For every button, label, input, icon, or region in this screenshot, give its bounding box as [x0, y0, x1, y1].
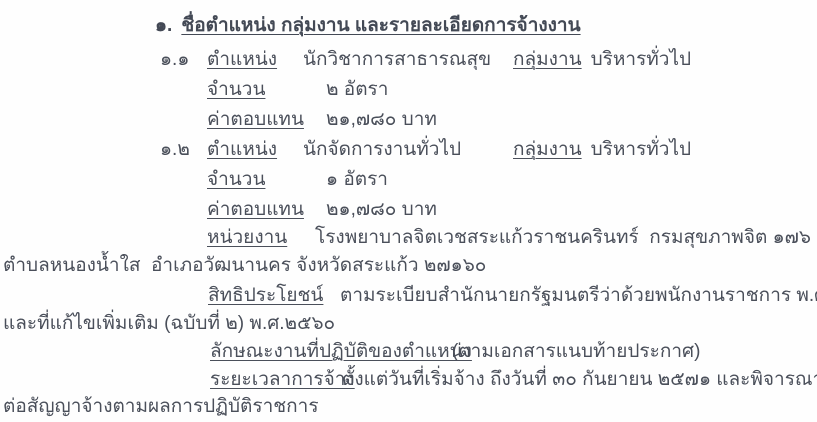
section-title: ชื่อตำแหน่ง กลุ่มงาน และรายละเอียดการจ้า…	[181, 15, 580, 36]
section-number: ๑.	[155, 15, 172, 36]
group-value: บริหารทั่วไป	[591, 139, 691, 160]
position-label: ตำแหน่ง	[207, 138, 277, 162]
duration-value: ตั้งแต่วันที่เริ่มจ้าง ถึงวันที่ ๓๐ กันย…	[342, 368, 817, 392]
duration-value-continued: ต่อสัญญาจ้างตามผลการปฏิบัติราชการ	[3, 395, 319, 419]
group-cell: กลุ่มงานบริหารทั่วไป	[513, 48, 691, 72]
count-value: ๒ อัตรา	[326, 78, 388, 102]
job-desc-value: (ตามเอกสารแนบท้ายประกาศ)	[452, 340, 700, 364]
unit-label: หน่วยงาน	[207, 226, 287, 250]
position-label: ตำแหน่ง	[207, 48, 277, 72]
section-heading: ๑.ชื่อตำแหน่ง กลุ่มงาน และรายละเอียดการจ…	[155, 14, 581, 38]
salary-label: ค่าตอบแทน	[207, 198, 304, 222]
job-desc-label: ลักษณะงานที่ปฏิบัติของตำแหน่ง	[210, 340, 472, 364]
unit-value-continued: ตำบลหนองน้ำใส อำเภอวัฒนานคร จังหวัดสระแก…	[3, 254, 486, 278]
position-index: ๑.๑	[160, 48, 189, 72]
document-page: ๑.ชื่อตำแหน่ง กลุ่มงาน และรายละเอียดการจ…	[0, 0, 817, 422]
benefits-value: ตามระเบียบสำนักนายกรัฐมนตรีว่าด้วยพนักงา…	[340, 284, 817, 308]
benefits-label: สิทธิประโยชน์	[208, 284, 323, 308]
duration-label: ระยะเวลาการจ้าง	[210, 368, 355, 392]
position-value: นักจัดการงานทั่วไป	[303, 138, 461, 162]
unit-value: โรงพยาบาลจิตเวชสระแก้วราชนครินทร์ กรมสุข…	[315, 226, 817, 250]
salary-value: ๒๑,๗๘๐ บาท	[326, 198, 437, 222]
count-value: ๑ อัตรา	[326, 168, 388, 192]
salary-label: ค่าตอบแทน	[207, 108, 304, 132]
benefits-value-continued: และที่แก้ไขเพิ่มเติม (ฉบับที่ ๒) พ.ศ.๒๕๖…	[3, 312, 335, 336]
position-index: ๑.๒	[160, 138, 190, 162]
count-label: จำนวน	[207, 168, 265, 192]
group-cell: กลุ่มงานบริหารทั่วไป	[513, 138, 691, 162]
group-value: บริหารทั่วไป	[591, 49, 691, 70]
count-label: จำนวน	[207, 78, 265, 102]
position-value: นักวิชาการสาธารณสุข	[303, 48, 491, 72]
group-label: กลุ่มงาน	[513, 49, 582, 70]
group-label: กลุ่มงาน	[513, 139, 582, 160]
salary-value: ๒๑,๗๘๐ บาท	[326, 108, 437, 132]
